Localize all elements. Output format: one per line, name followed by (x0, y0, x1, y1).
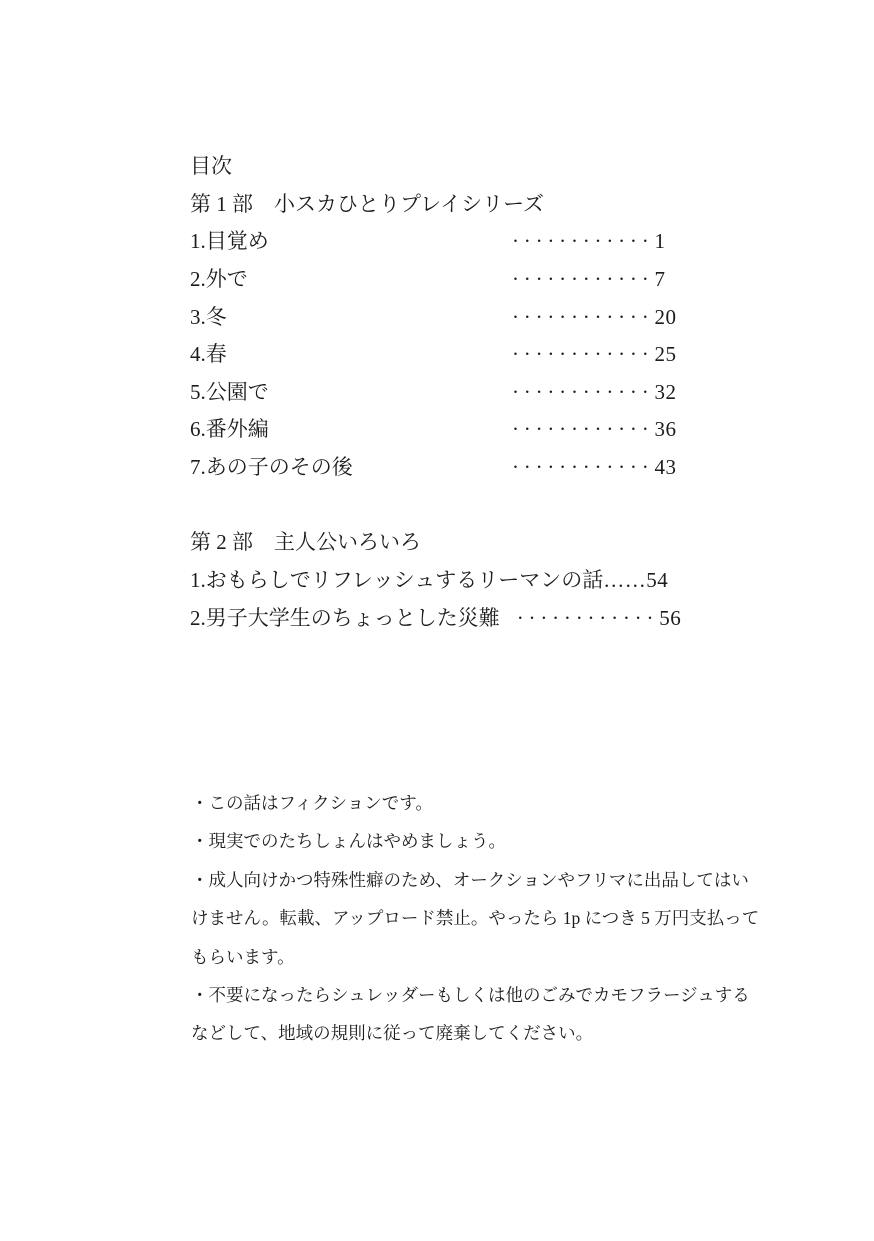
toc-entry-title: 4.春 (190, 342, 227, 366)
toc-entry-title: 7.あの子のその後 (190, 455, 353, 479)
dot-leader: ············ (517, 606, 659, 630)
toc-entry-title: 2.外で (190, 267, 248, 291)
note-line: けません。転載、アップロード禁止。やったら 1p につき 5 万円支払って (191, 899, 751, 937)
note-line: もらいます。 (191, 938, 751, 976)
toc-entry-leader-group: ············36 (512, 411, 677, 449)
toc-entry-page: 7 (655, 267, 666, 291)
toc-entry: 4.春 ············25 (190, 336, 750, 374)
toc-entry-page: 36 (655, 417, 677, 441)
part1-heading: 第 1 部 小スカひとりプレイシリーズ (190, 186, 750, 224)
toc-entry-title: 5.公園で (190, 380, 269, 404)
toc-entry-page: 20 (655, 305, 677, 329)
dot-leader: ············ (512, 342, 654, 366)
toc-entry-title: 2.男子大学生のちょっとした災難 (190, 606, 500, 630)
toc-entry: 1.おもらしでリフレッシュするリーマンの話……54 (190, 562, 750, 600)
toc-entry-page: 32 (655, 380, 677, 404)
note-line: ・この話はフィクションです。 (191, 784, 751, 822)
toc-entry: 3.冬 ············20 (190, 299, 750, 337)
toc-entry-title: 6.番外編 (190, 417, 269, 441)
toc-entry-page: 54 (646, 568, 668, 592)
toc-entry-leader-group: ············20 (512, 299, 677, 337)
dot-leader: ············ (512, 305, 654, 329)
toc-entry-leader-group: ············32 (512, 374, 677, 412)
table-of-contents: 目次 第 1 部 小スカひとりプレイシリーズ 1.目覚め ···········… (190, 148, 750, 637)
dot-leader: ············ (512, 267, 654, 291)
dot-leader: ············ (512, 380, 654, 404)
note-line: ・不要になったらシュレッダーもしくは他のごみでカモフラージュする (191, 976, 751, 1014)
note-line: ・現実でのたちしょんはやめましょう。 (191, 822, 751, 860)
toc-entry-title: 1.目覚め (190, 229, 269, 253)
toc-entry: 1.目覚め ············1 (190, 223, 750, 261)
toc-entry: 6.番外編 ············36 (190, 411, 750, 449)
toc-entry: 2.男子大学生のちょっとした災難············56 (190, 600, 750, 638)
toc-entry-title: 1.おもらしでリフレッシュするリーマンの話 (190, 568, 603, 592)
toc-entry: 2.外で ············7 (190, 261, 750, 299)
toc-title: 目次 (190, 148, 750, 186)
disclaimer-notes: ・この話はフィクションです。 ・現実でのたちしょんはやめましょう。 ・成人向けか… (191, 784, 751, 1053)
dot-leader: ············ (512, 417, 654, 441)
part2-heading: 第 2 部 主人公いろいろ (190, 524, 750, 562)
toc-entry-leader-group: ············25 (512, 336, 677, 374)
document-page: 目次 第 1 部 小スカひとりプレイシリーズ 1.目覚め ···········… (0, 0, 874, 1241)
dot-leader: ············ (512, 455, 654, 479)
ellipsis-leader: …… (603, 568, 646, 592)
toc-entry-title: 3.冬 (190, 305, 227, 329)
toc-entry-leader-group: ············1 (512, 223, 666, 261)
toc-entry-page: 1 (655, 229, 666, 253)
toc-entry-page: 25 (655, 342, 677, 366)
toc-entry-leader-group: ············43 (512, 449, 677, 487)
blank-line (190, 487, 750, 525)
note-line: などして、地域の規則に従って廃棄してください。 (191, 1014, 751, 1052)
toc-entry-leader-group: ············7 (512, 261, 666, 299)
toc-entry: 7.あの子のその後 ············43 (190, 449, 750, 487)
note-line: ・成人向けかつ特殊性癖のため、オークションやフリマに出品してはい (191, 861, 751, 899)
toc-entry: 5.公園で ············32 (190, 374, 750, 412)
dot-leader: ············ (512, 229, 654, 253)
toc-entry-page: 56 (659, 606, 681, 630)
toc-entry-page: 43 (655, 455, 677, 479)
